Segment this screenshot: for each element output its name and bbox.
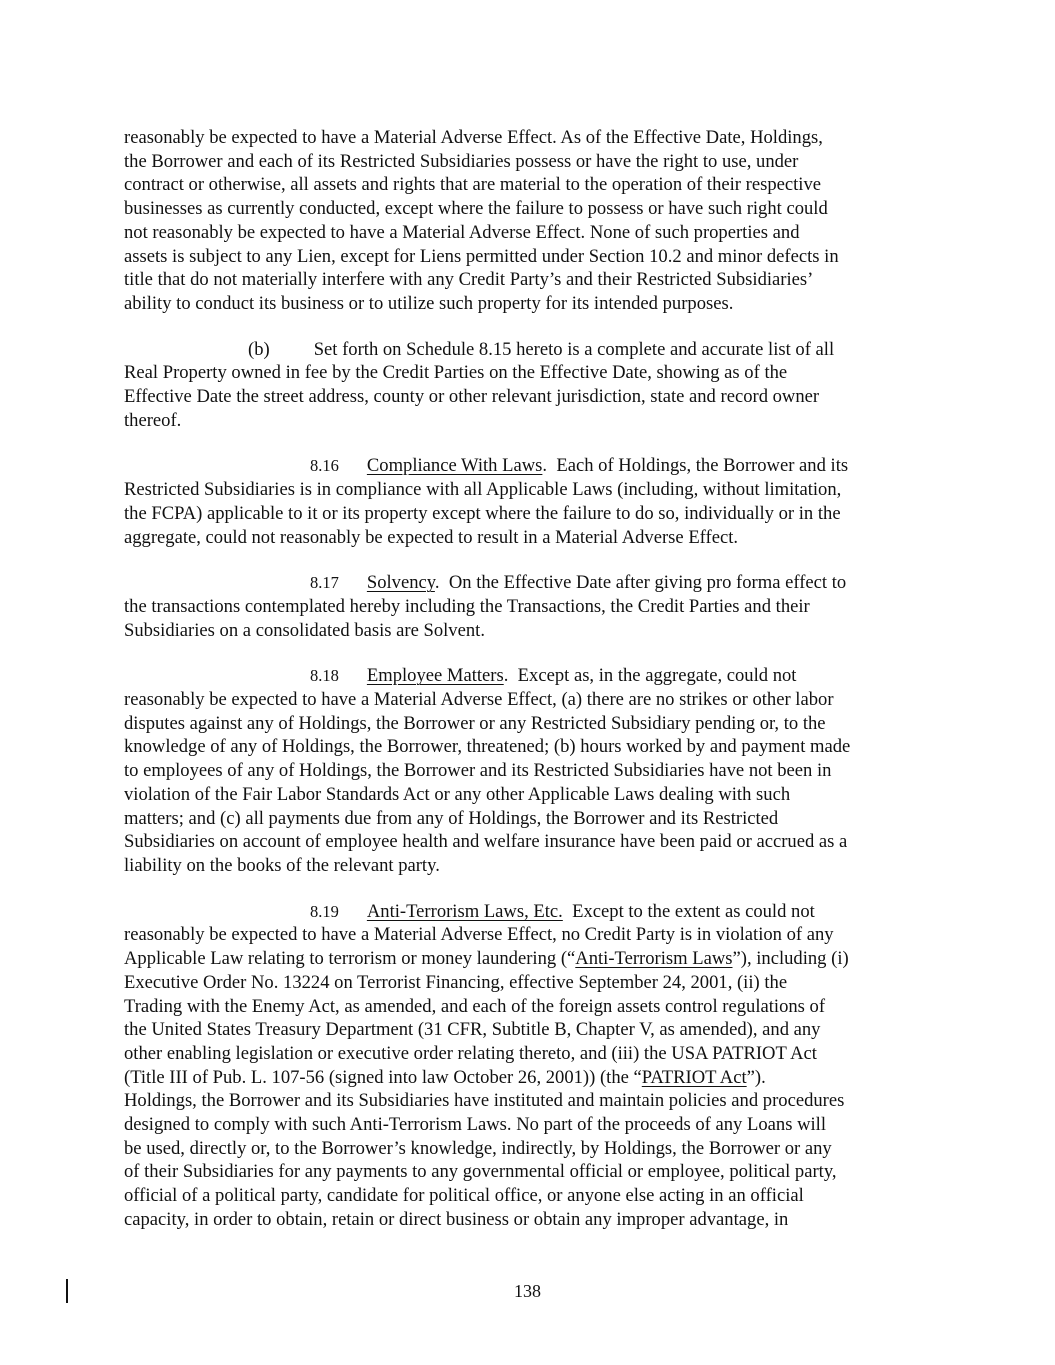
text-line: Holdings, the Borrower and its Subsidiar…: [124, 1089, 934, 1113]
text-line: title that do not materially interfere w…: [124, 268, 934, 292]
text-line: of their Subsidiaries for any payments t…: [124, 1160, 934, 1184]
text-line: designed to comply with such Anti-Terror…: [124, 1113, 934, 1137]
section-heading: Anti-Terrorism Laws, Etc.: [339, 901, 563, 922]
text-line: Trading with the Enemy Act, as amended, …: [124, 995, 934, 1019]
text-line: the transactions contemplated hereby inc…: [124, 595, 934, 619]
page-number: 138: [0, 1281, 1055, 1302]
intro-paragraph: reasonably be expected to have a Materia…: [124, 126, 934, 316]
section-8-18: 8.18Employee Matters. Except as, in the …: [124, 664, 934, 877]
section-8-19: 8.19Anti-Terrorism Laws, Etc. Except to …: [124, 900, 934, 1232]
text-line: assets is subject to any Lien, except fo…: [124, 245, 934, 269]
section-8-17: 8.17Solvency. On the Effective Date afte…: [124, 571, 934, 642]
section-number: 8.17: [310, 573, 339, 592]
text-line: liability on the books of the relevant p…: [124, 854, 934, 878]
text-line: not reasonably be expected to have a Mat…: [124, 221, 934, 245]
text-line: aggregate, could not reasonably be expec…: [124, 526, 934, 550]
section-number: 8.19: [310, 902, 339, 921]
text-line: businesses as currently conducted, excep…: [124, 197, 934, 221]
text-line: be used, directly or, to the Borrower’s …: [124, 1137, 934, 1161]
section-heading: Solvency: [339, 572, 435, 593]
text-line: ability to conduct its business or to ut…: [124, 292, 934, 316]
section-heading-line: 8.19Anti-Terrorism Laws, Etc. Except to …: [124, 900, 934, 924]
text-line: Restricted Subsidiaries is in compliance…: [124, 478, 934, 502]
text-line: Real Property owned in fee by the Credit…: [124, 361, 934, 385]
text-line: reasonably be expected to have a Materia…: [124, 688, 934, 712]
text-line: the FCPA) applicable to it or its proper…: [124, 502, 934, 526]
text-line: to employees of any of Holdings, the Bor…: [124, 759, 934, 783]
text-line: the United States Treasury Department (3…: [124, 1018, 934, 1042]
section-heading-line: 8.18Employee Matters. Except as, in the …: [124, 664, 934, 688]
text-line: capacity, in order to obtain, retain or …: [124, 1208, 934, 1232]
text-line: reasonably be expected to have a Materia…: [124, 126, 934, 150]
text-line: the Borrower and each of its Restricted …: [124, 150, 934, 174]
section-number: 8.16: [310, 456, 339, 475]
section-heading: Compliance With Laws: [339, 455, 543, 476]
text-line: disputes against any of Holdings, the Bo…: [124, 712, 934, 736]
text-line: Subsidiaries on account of employee heal…: [124, 830, 934, 854]
text-line: Effective Date the street address, count…: [124, 385, 934, 409]
text-line: Applicable Law relating to terrorism or …: [124, 947, 934, 971]
text-line: violation of the Fair Labor Standards Ac…: [124, 783, 934, 807]
paragraph-b: (b)Set forth on Schedule 8.15 hereto is …: [124, 338, 934, 433]
clause-label: (b): [248, 339, 270, 360]
text-line: (Title III of Pub. L. 107-56 (signed int…: [124, 1066, 934, 1090]
section-heading-line: 8.16Compliance With Laws. Each of Holdin…: [124, 454, 934, 478]
text-line: matters; and (c) all payments due from a…: [124, 807, 934, 831]
section-number: 8.18: [310, 666, 339, 685]
text-line: thereof.: [124, 409, 934, 433]
text-line: other enabling legislation or executive …: [124, 1042, 934, 1066]
text-line: Subsidiaries on a consolidated basis are…: [124, 619, 934, 643]
section-8-16: 8.16Compliance With Laws. Each of Holdin…: [124, 454, 934, 549]
text-line: reasonably be expected to have a Materia…: [124, 923, 934, 947]
defined-term: PATRIOT Act: [642, 1067, 747, 1088]
defined-term: Anti-Terrorism Laws: [575, 948, 732, 969]
text-line: contract or otherwise, all assets and ri…: [124, 173, 934, 197]
text-line: Set forth on Schedule 8.15 hereto is a c…: [314, 339, 834, 360]
text-line: official of a political party, candidate…: [124, 1184, 934, 1208]
paragraph-b-first-line: (b)Set forth on Schedule 8.15 hereto is …: [124, 338, 934, 362]
section-heading: Employee Matters: [339, 665, 504, 686]
section-heading-line: 8.17Solvency. On the Effective Date afte…: [124, 571, 934, 595]
text-line: knowledge of any of Holdings, the Borrow…: [124, 735, 934, 759]
text-line: Executive Order No. 13224 on Terrorist F…: [124, 971, 934, 995]
document-page: reasonably be expected to have a Materia…: [124, 126, 934, 1254]
